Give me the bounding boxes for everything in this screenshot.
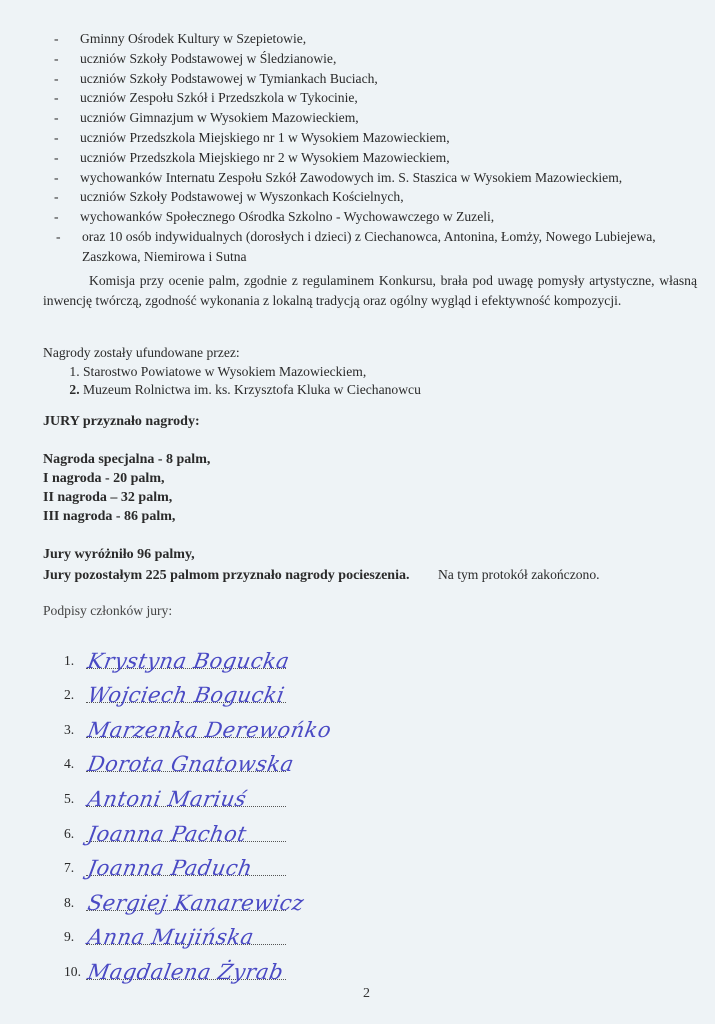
- signature-row: 6.Joanna Pachot: [64, 813, 364, 848]
- handwritten-signature: Marzenka Derewońko: [86, 718, 333, 742]
- list-dash: -: [54, 69, 68, 89]
- list-item: -wychowanków Internatu Zespołu Szkół Zaw…: [50, 168, 690, 188]
- list-item: -uczniów Przedszkola Miejskiego nr 1 w W…: [50, 128, 690, 148]
- signatures-label: Podpisy członków jury:: [43, 603, 172, 619]
- signature-row: 3.Marzenka Derewońko: [64, 709, 364, 744]
- end-note: Na tym protokół zakończono.: [438, 567, 600, 582]
- sponsor-item: Muzeum Rolnictwa im. ks. Krzysztofa Kluk…: [83, 381, 421, 400]
- sponsors-list: Starostwo Powiatowe w Wysokiem Mazowieck…: [43, 363, 421, 400]
- page-number: 2: [363, 986, 370, 1002]
- closing-line: Jury pozostałym 225 palmom przyznało nag…: [43, 567, 600, 584]
- signature-row: 9.Anna Mujińska: [64, 917, 364, 952]
- awards-heading: JURY przyznało nagrody:: [43, 412, 210, 431]
- handwritten-signature: Magdalena Żyrab: [86, 960, 285, 984]
- list-item: -oraz 10 osób indywidualnych (dorosłych …: [50, 227, 690, 267]
- list-item: -wychowanków Społecznego Ośrodka Szkolno…: [50, 207, 690, 227]
- award-item: Nagroda specjalna - 8 palm,: [43, 450, 210, 469]
- document-page: -Gminny Ośrodek Kultury w Szepietowie, -…: [0, 0, 715, 1024]
- list-dash: -: [54, 168, 68, 188]
- handwritten-signature: Sergiej Kanarewicz: [86, 891, 306, 915]
- list-dash: -: [54, 128, 68, 148]
- award-item: II nagroda – 32 palm,: [43, 488, 210, 507]
- handwritten-signature: Anna Mujińska: [86, 925, 256, 949]
- list-dash: -: [54, 49, 68, 69]
- signature-row: 10.Magdalena Żyrab: [64, 951, 364, 986]
- participants-list: -Gminny Ośrodek Kultury w Szepietowie, -…: [50, 29, 690, 267]
- list-item: -uczniów Szkoły Podstawowej w Tymiankach…: [50, 69, 690, 89]
- consolation-text: Jury pozostałym 225 palmom przyznało nag…: [43, 568, 409, 583]
- distinction-line: Jury wyróżniło 96 palmy,: [43, 545, 210, 564]
- signature-row: 2.Wojciech Bogucki: [64, 675, 364, 710]
- signature-row: 1.Krystyna Bogucka: [64, 640, 364, 675]
- commission-paragraph: Komisja przy ocenie palm, zgodnie z regu…: [43, 271, 697, 310]
- list-dash: -: [56, 227, 70, 267]
- handwritten-signature: Dorota Gnatowska: [86, 752, 296, 776]
- handwritten-signature: Wojciech Bogucki: [86, 683, 287, 707]
- award-item: I nagroda - 20 palm,: [43, 469, 210, 488]
- award-item: III nagroda - 86 palm,: [43, 507, 210, 526]
- signature-row: 8.Sergiej Kanarewicz: [64, 882, 364, 917]
- signature-row: 4.Dorota Gnatowska: [64, 744, 364, 779]
- handwritten-signature: Joanna Pachot: [86, 822, 249, 846]
- handwritten-signature: Krystyna Bogucka: [86, 649, 292, 673]
- sponsors-section: Nagrody zostały ufundowane przez: Staros…: [43, 344, 421, 400]
- list-item: -Gminny Ośrodek Kultury w Szepietowie,: [50, 29, 690, 49]
- list-item: -uczniów Szkoły Podstawowej w Śledzianow…: [50, 49, 690, 69]
- list-item: -uczniów Szkoły Podstawowej w Wyszonkach…: [50, 187, 690, 207]
- signature-row: 7.Joanna Paduch: [64, 848, 364, 883]
- signature-row: 5.Antoni Mariuś: [64, 778, 364, 813]
- handwritten-signature: Antoni Mariuś: [86, 787, 249, 811]
- list-dash: -: [54, 29, 68, 49]
- list-dash: -: [54, 207, 68, 227]
- list-item: -uczniów Zespołu Szkół i Przedszkola w T…: [50, 88, 690, 108]
- list-item: -uczniów Przedszkola Miejskiego nr 2 w W…: [50, 148, 690, 168]
- list-dash: -: [54, 108, 68, 128]
- awards-section: JURY przyznało nagrody: Nagroda specjaln…: [43, 412, 210, 564]
- sponsors-heading: Nagrody zostały ufundowane przez:: [43, 344, 421, 363]
- signatures-list: 1.Krystyna Bogucka 2.Wojciech Bogucki 3.…: [64, 640, 364, 986]
- list-dash: -: [54, 148, 68, 168]
- list-dash: -: [54, 187, 68, 207]
- handwritten-signature: Joanna Paduch: [86, 856, 255, 880]
- list-dash: -: [54, 88, 68, 108]
- sponsor-item: Starostwo Powiatowe w Wysokiem Mazowieck…: [83, 363, 421, 382]
- list-item: -uczniów Gimnazjum w Wysokiem Mazowiecki…: [50, 108, 690, 128]
